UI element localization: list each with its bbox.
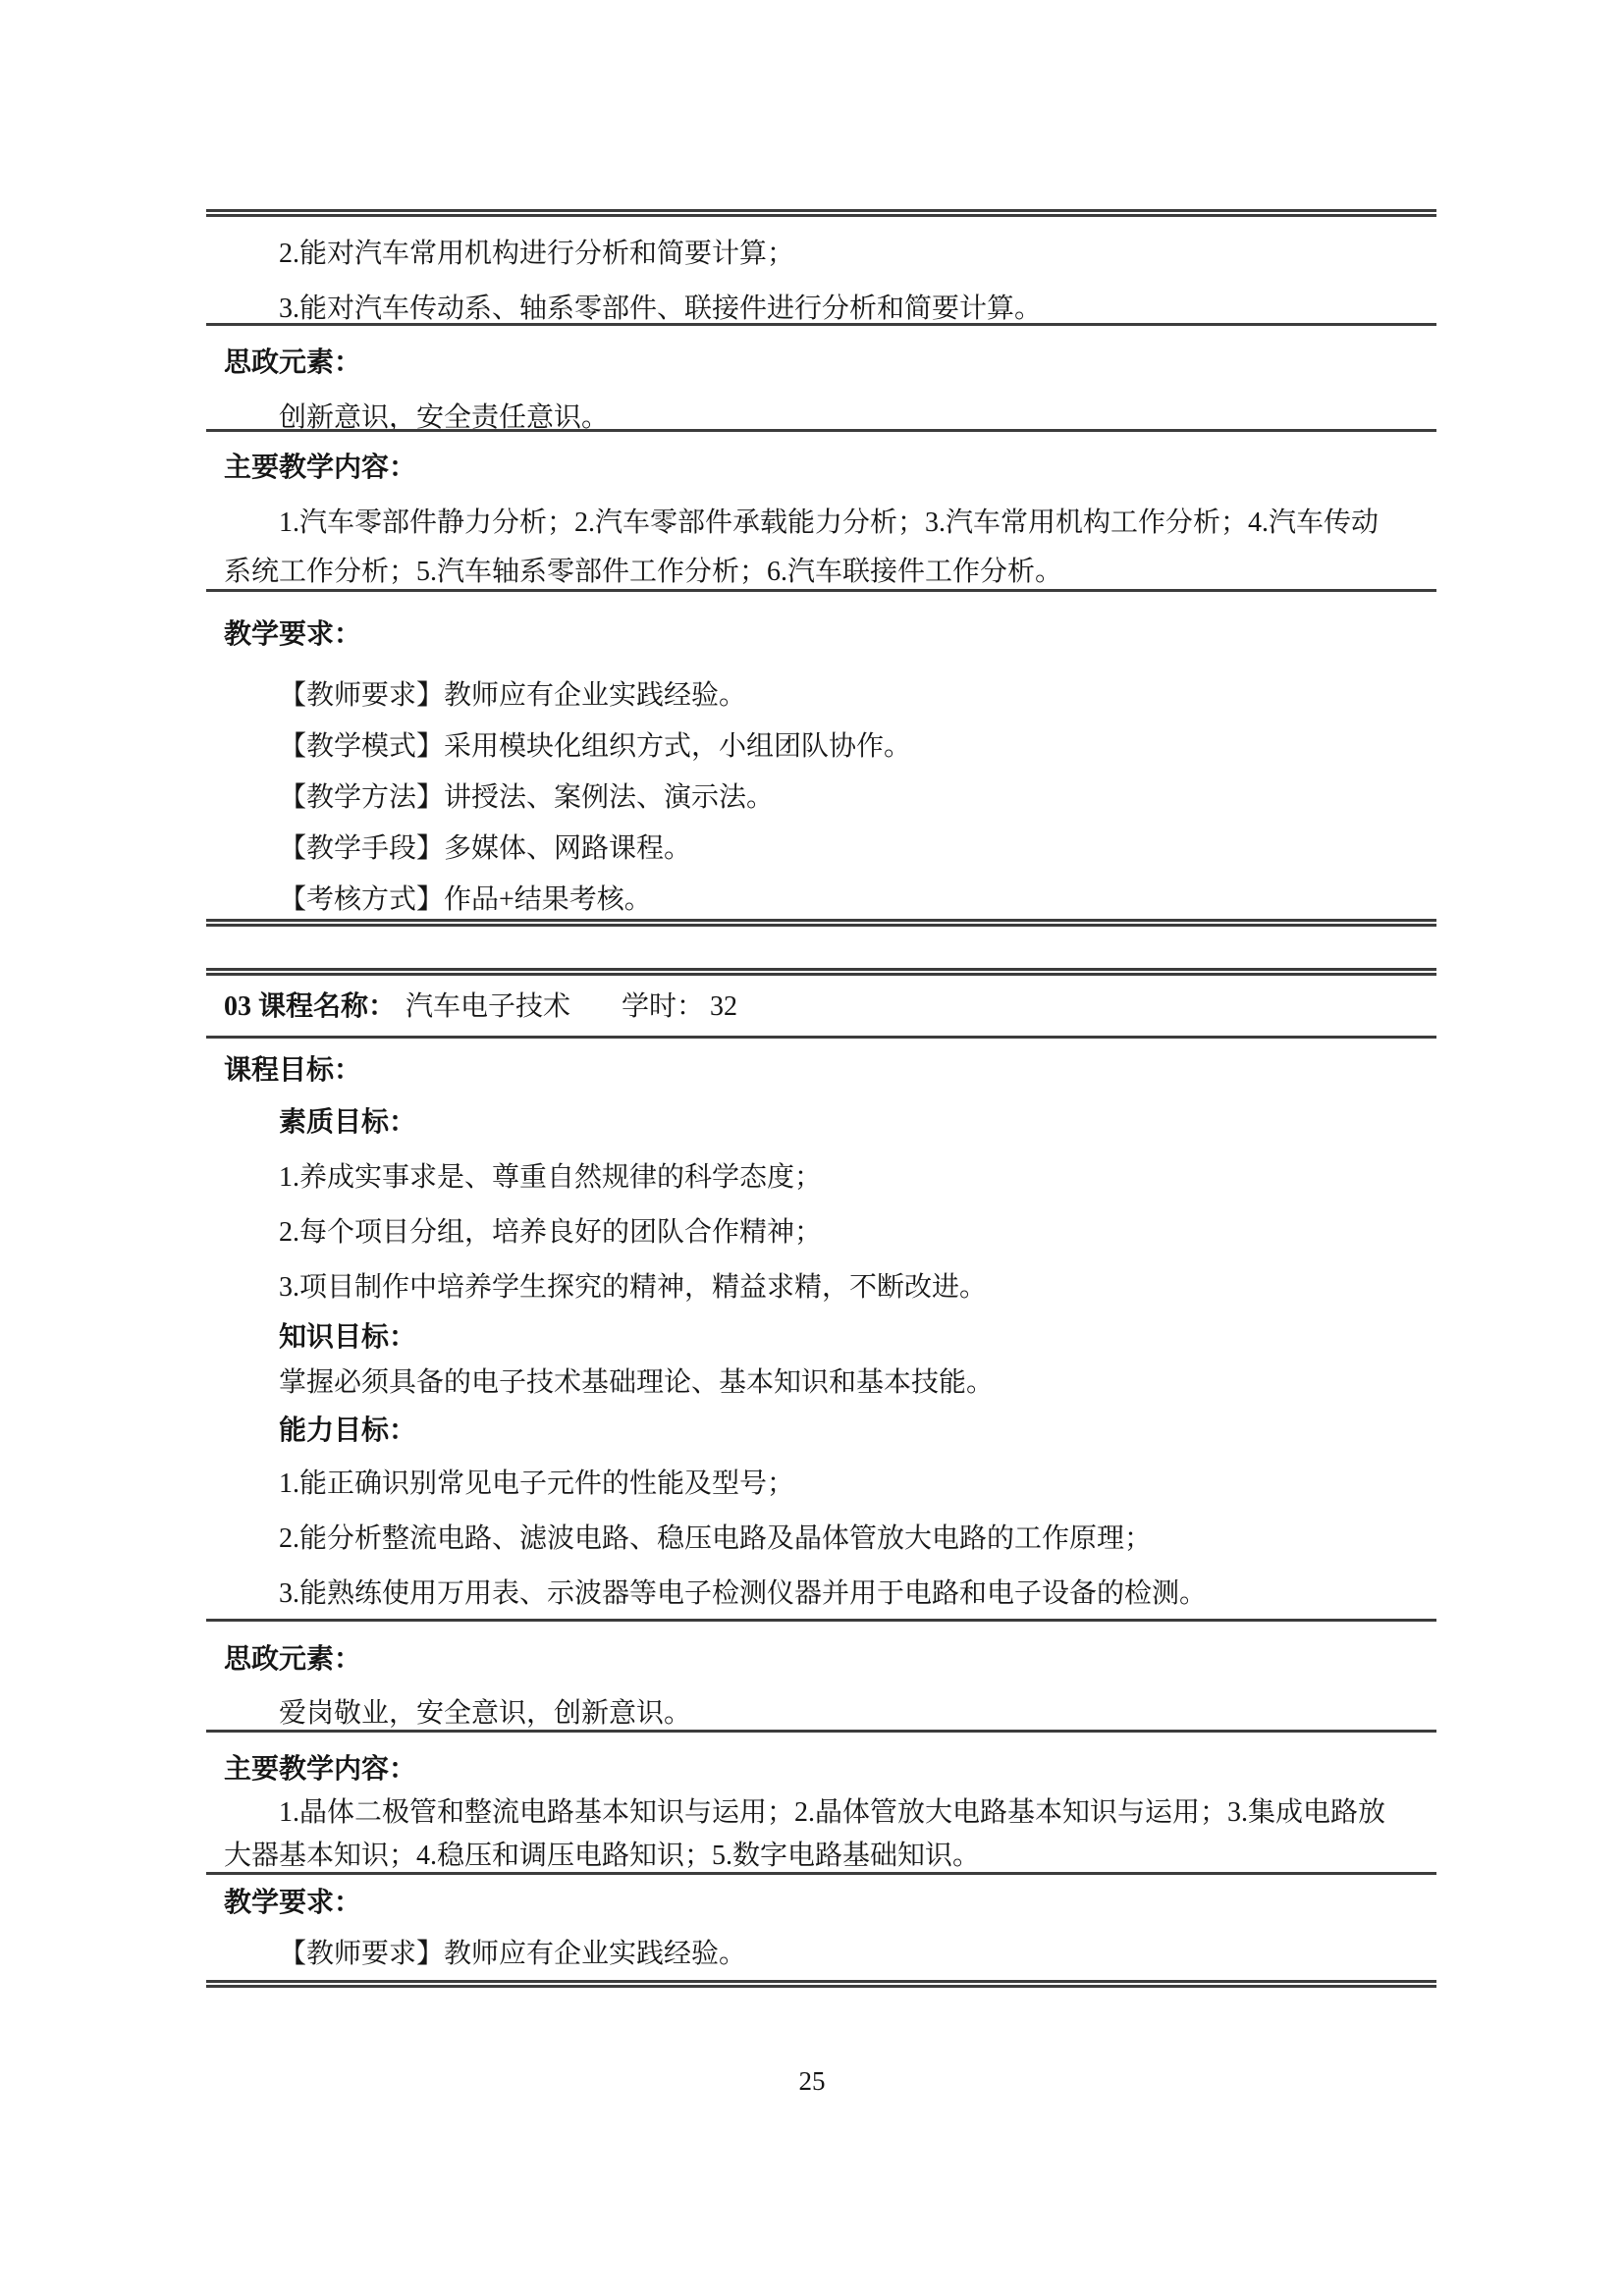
teaching-requirements-heading: 教学要求： [224,608,1419,663]
course03-teaching-requirements-row: 教学要求： 【教师要求】教师应有企业实践经验。 [206,1875,1436,1980]
knowledge-objective-content: 掌握必须具备的电子技术基础理论、基本知识和基本技能。 [224,1361,1419,1406]
course03-table: 03 课程名称：汽车电子技术学时：32 课程目标： 素质目标： 1.养成实事求是… [206,968,1436,1988]
requirement-item: 【教学模式】采用模块化组织方式，小组团队协作。 [224,721,1419,773]
course02-ability-items-row: 2.能对汽车常用机构进行分析和简要计算； 3.能对汽车传动系、轴系零部件、联接件… [206,217,1436,326]
ideology-heading: 思政元素： [224,336,1419,391]
ideology-content: 创新意识，安全责任意识。 [224,391,1419,432]
teaching-content-line: 大器基本知识；4.稳压和调压电路知识；5.数字电路基础知识。 [224,1835,1419,1875]
course-name: 汽车电子技术 [406,991,570,1022]
quality-objective-item: 2.每个项目分组，培养良好的团队合作精神； [224,1205,1419,1260]
ideology-heading: 思政元素： [224,1633,1419,1686]
requirement-item: 【教师要求】教师应有企业实践经验。 [224,1928,1419,1980]
quality-objective-item: 1.养成实事求是、尊重自然规律的科学态度； [224,1150,1419,1205]
ability-objectives-heading: 能力目标： [224,1406,1419,1457]
course02-teaching-requirements-row: 教学要求： 【教师要求】教师应有企业实践经验。 【教学模式】采用模块化组织方式，… [206,592,1436,919]
teaching-requirements-heading: 教学要求： [224,1879,1419,1928]
course-hours-label: 学时： [622,991,704,1022]
course02-ability-item: 2.能对汽车常用机构进行分析和简要计算； [224,227,1419,282]
course03-ideology-row: 思政元素： 爱岗敬业，安全意识，创新意识。 [206,1622,1436,1733]
teaching-content-heading: 主要教学内容： [224,444,1419,493]
requirement-item: 【教师要求】教师应有企业实践经验。 [224,670,1419,721]
course02-ability-item: 3.能对汽车传动系、轴系零部件、联接件进行分析和简要计算。 [224,282,1419,326]
course-hours-value: 32 [710,991,737,1022]
requirement-item: 【教学手段】多媒体、网路课程。 [224,824,1419,875]
teaching-content-heading: 主要教学内容： [224,1748,1419,1791]
requirement-item: 【考核方式】作品+结果考核。 [224,875,1419,919]
ability-objective-item: 1.能正确识别常见电子元件的性能及型号； [224,1457,1419,1512]
course03-objectives-row: 课程目标： 素质目标： 1.养成实事求是、尊重自然规律的科学态度； 2.每个项目… [206,1039,1436,1622]
objectives-heading: 课程目标： [224,1046,1419,1095]
course03-header-row: 03 课程名称：汽车电子技术学时：32 [206,976,1436,1039]
course-number-label: 03 课程名称： [224,991,396,1022]
course02-teaching-content-row: 主要教学内容： 1.汽车零部件静力分析；2.汽车零部件承载能力分析；3.汽车常用… [206,432,1436,592]
ideology-content: 爱岗敬业，安全意识，创新意识。 [224,1686,1419,1733]
quality-objective-item: 3.项目制作中培养学生探究的精神，精益求精，不断改进。 [224,1260,1419,1315]
page-number: 25 [0,2061,1624,2101]
teaching-content-line: 1.汽车零部件静力分析；2.汽车零部件承载能力分析；3.汽车常用机构工作分析；4… [224,499,1419,548]
requirement-item: 【教学方法】讲授法、案例法、演示法。 [224,773,1419,824]
document-page: 2.能对汽车常用机构进行分析和简要计算； 3.能对汽车传动系、轴系零部件、联接件… [0,0,1624,2296]
quality-objectives-heading: 素质目标： [224,1095,1419,1150]
course03-teaching-content-row: 主要教学内容： 1.晶体二极管和整流电路基本知识与运用；2.晶体管放大电路基本知… [206,1733,1436,1875]
course02-table: 2.能对汽车常用机构进行分析和简要计算； 3.能对汽车传动系、轴系零部件、联接件… [206,209,1436,927]
course02-ideology-row: 思政元素： 创新意识，安全责任意识。 [206,326,1436,432]
ability-objective-item: 3.能熟练使用万用表、示波器等电子检测仪器并用于电路和电子设备的检测。 [224,1567,1419,1622]
knowledge-objectives-heading: 知识目标： [224,1315,1419,1361]
teaching-content-line: 1.晶体二极管和整流电路基本知识与运用；2.晶体管放大电路基本知识与运用；3.集… [224,1791,1419,1835]
teaching-content-line: 系统工作分析；5.汽车轴系零部件工作分析；6.汽车联接件工作分析。 [224,548,1419,592]
ability-objective-item: 2.能分析整流电路、滤波电路、稳压电路及晶体管放大电路的工作原理； [224,1512,1419,1567]
